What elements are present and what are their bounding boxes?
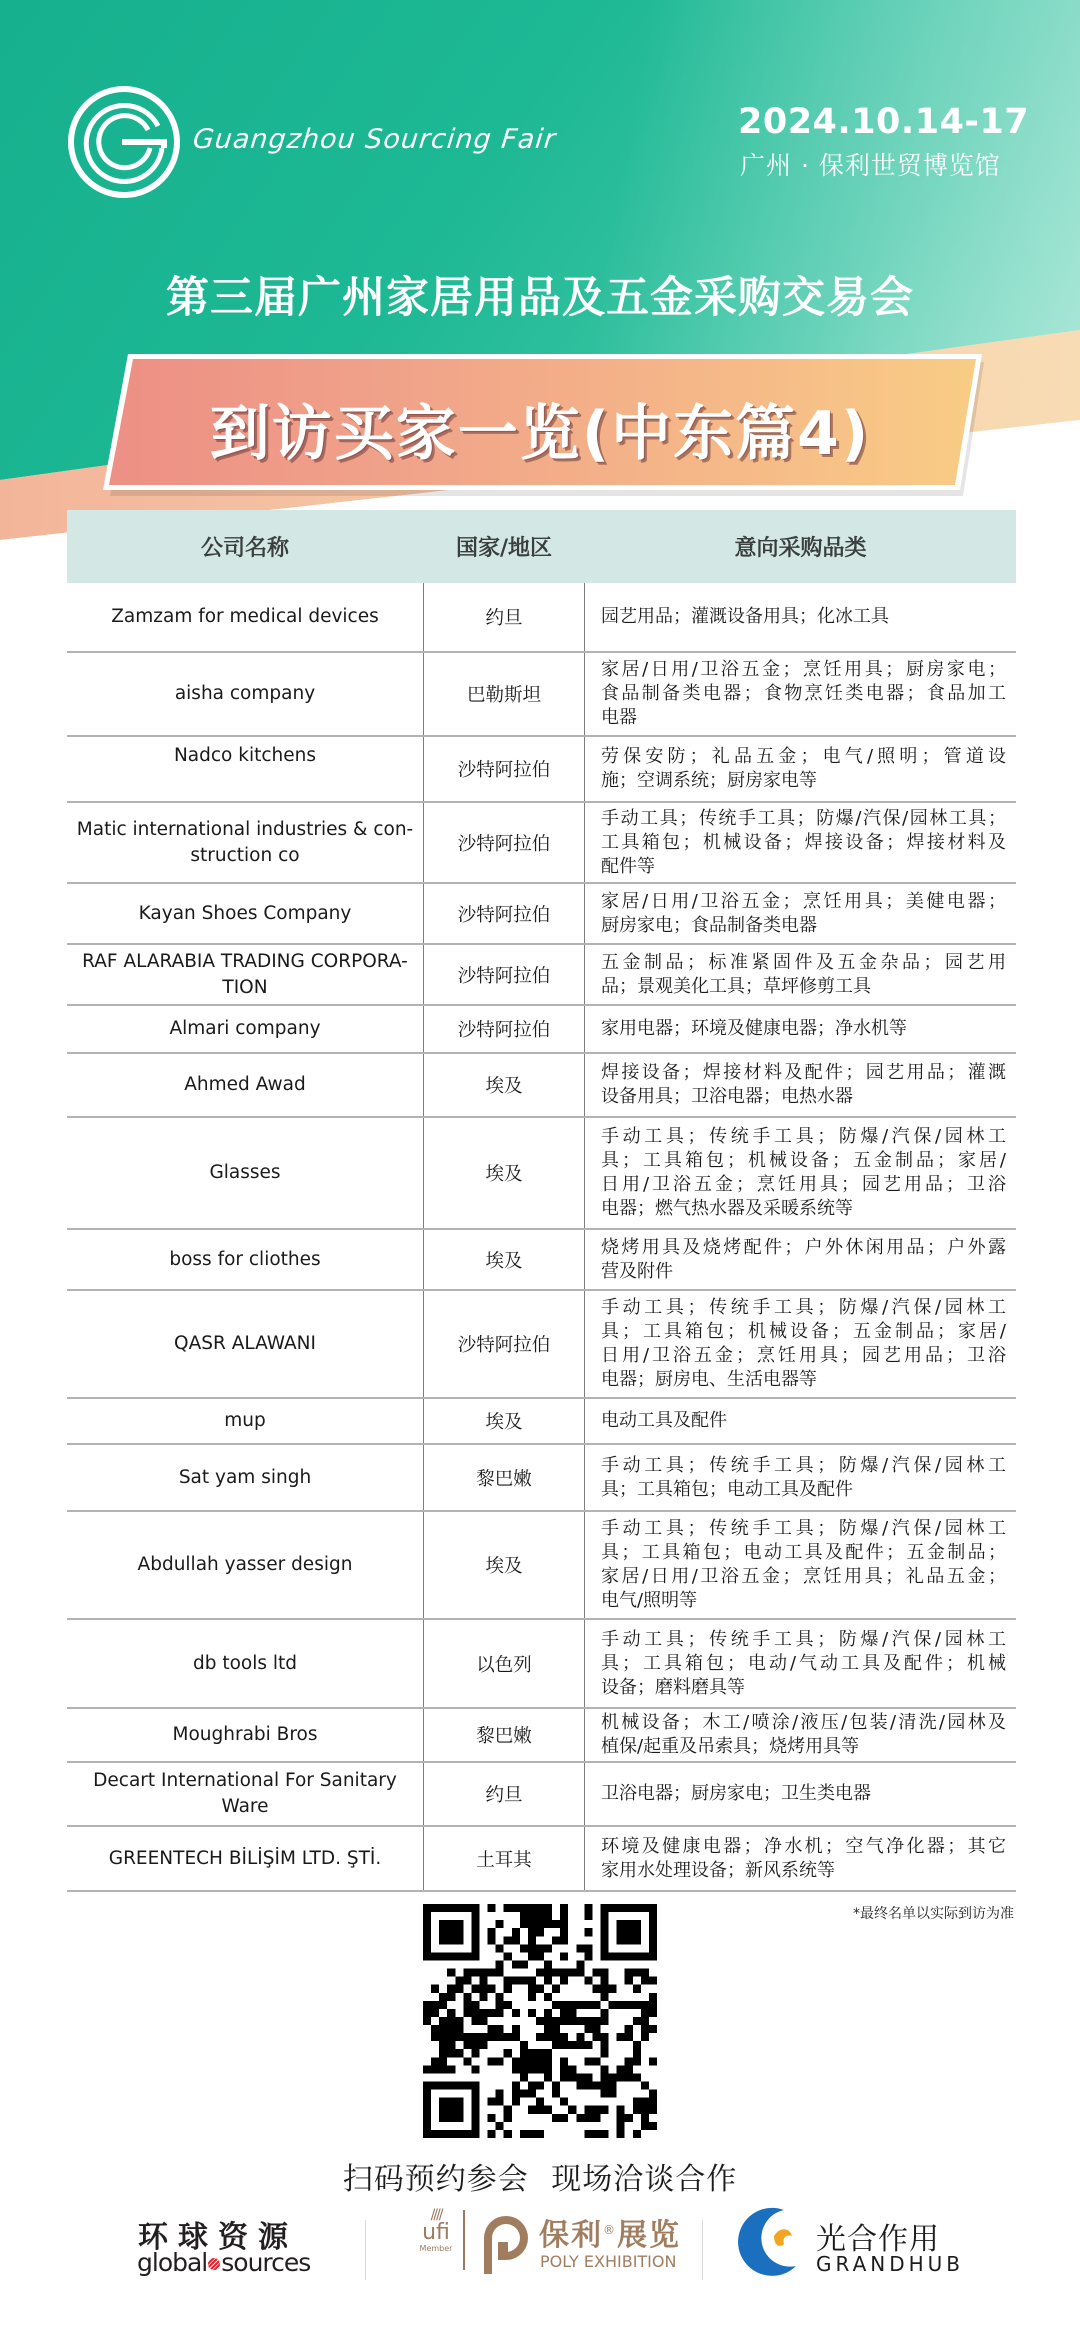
company-name-text: Kayan Shoes Company bbox=[139, 901, 352, 927]
category-line: 设备用具；卫浴电器；电热水器 bbox=[601, 1085, 1006, 1109]
category-line: 厨房家电；食品制备类电器 bbox=[601, 914, 1006, 938]
company-name-text: db tools ltd bbox=[193, 1651, 297, 1677]
category-line: 家居/日用/卫浴五金；烹饪用具；美健电器； bbox=[601, 890, 1006, 914]
category-line: 配件等 bbox=[601, 855, 1006, 879]
table-row: GREENTECH BİLİŞİM LTD. ŞTİ.土耳其环境及健康电器；净水… bbox=[67, 1827, 1016, 1892]
company-name-text: Ahmed Awad bbox=[184, 1072, 306, 1098]
company-name: mup bbox=[67, 1399, 423, 1443]
purchase-categories: 卫浴电器；厨房家电；卫生类电器 bbox=[585, 1763, 1016, 1825]
category-line: 营及附件 bbox=[601, 1260, 1006, 1284]
company-name: Abdullah yasser design bbox=[67, 1512, 423, 1618]
country: 沙特阿拉伯 bbox=[423, 803, 585, 882]
company-name: Zamzam for medical devices bbox=[67, 583, 423, 651]
category-line: 卫浴电器；厨房家电；卫生类电器 bbox=[601, 1782, 1006, 1806]
category-line: 电器；燃气热水器及采暖系统等 bbox=[601, 1197, 1006, 1221]
purchase-categories: 家用电器；环境及健康电器；净水机等 bbox=[585, 1006, 1016, 1052]
table-row: mup埃及电动工具及配件 bbox=[67, 1399, 1016, 1445]
company-name-line: TION bbox=[82, 975, 408, 1001]
guangzhou-sourcing-fair-logo-icon bbox=[66, 84, 182, 200]
table-row: Zamzam for medical devices约旦园艺用品；灌溉设备用具；… bbox=[67, 583, 1016, 653]
category-line: 手动工具；传统手工具；防爆/汽保/园林工 bbox=[601, 1628, 1006, 1652]
table-row: RAF ALARABIA TRADING CORPORA-TION沙特阿拉伯五金… bbox=[67, 945, 1016, 1006]
purchase-categories: 五金制品；标准紧固件及五金杂品；园艺用品；景观美化工具；草坪修剪工具 bbox=[585, 945, 1016, 1004]
company-name: GREENTECH BİLİŞİM LTD. ŞTİ. bbox=[67, 1827, 423, 1890]
country: 沙特阿拉伯 bbox=[423, 1006, 585, 1052]
purchase-categories: 手动工具；传统手工具；防爆/汽保/园林工具；工具箱包；机械设备；五金制品；家居/… bbox=[585, 1291, 1016, 1397]
category-line: 具；工具箱包；电动工具及配件；五金制品； bbox=[601, 1541, 1006, 1565]
poly-en: POLY EXHIBITION bbox=[540, 2252, 676, 2271]
country: 埃及 bbox=[423, 1118, 585, 1228]
table-row: Abdullah yasser design埃及手动工具；传统手工具；防爆/汽保… bbox=[67, 1512, 1016, 1620]
purchase-categories: 手动工具；传统手工具；防爆/汽保/园林工具；工具箱包；电动工具及配件；五金制品；… bbox=[585, 1512, 1016, 1618]
category-line: 电器；厨房电、生活电器等 bbox=[601, 1368, 1006, 1392]
category-line: 园艺用品；灌溉设备用具；化冰工具 bbox=[601, 605, 1006, 629]
category-line: 家居/日用/卫浴五金；烹饪用具；厨房家电； bbox=[601, 658, 1006, 682]
category-line: 电器 bbox=[601, 706, 1006, 730]
category-line: 手动工具；传统手工具；防爆/汽保/园林工 bbox=[601, 1125, 1006, 1149]
company-name: Almari company bbox=[67, 1006, 423, 1052]
company-name: QASR ALAWANI bbox=[67, 1291, 423, 1397]
table-header: 公司名称 国家/地区 意向采购品类 bbox=[67, 510, 1016, 583]
country: 巴勒斯坦 bbox=[423, 653, 585, 735]
footnote: *最终名单以实际到访为准 bbox=[853, 1903, 1014, 1923]
table-row: aisha company巴勒斯坦家居/日用/卫浴五金；烹饪用具；厨房家电；食品… bbox=[67, 653, 1016, 737]
country: 埃及 bbox=[423, 1054, 585, 1116]
purchase-categories: 手动工具；传统手工具；防爆/汽保/园林工具；工具箱包；电动/气动工具及配件；机械… bbox=[585, 1620, 1016, 1707]
grandhub-mark-icon bbox=[734, 2204, 808, 2280]
table-row: Kayan Shoes Company沙特阿拉伯家居/日用/卫浴五金；烹饪用具；… bbox=[67, 884, 1016, 945]
category-line: 植保/起重及吊索具；烧烤用具等 bbox=[601, 1735, 1006, 1759]
banner-title: 到访买家一览(中东篇4) bbox=[0, 386, 1080, 472]
category-line: 手动工具；传统手工具；防爆/汽保/园林工 bbox=[601, 1454, 1006, 1478]
category-line: 家用水处理设备；新风系统等 bbox=[601, 1859, 1006, 1883]
table-row: Nadco kitchens沙特阿拉伯劳保安防；礼品五金；电气/照明；管道设施；… bbox=[67, 737, 1016, 803]
category-line: 日用/卫浴五金；烹饪用具；园艺用品；卫浴 bbox=[601, 1173, 1006, 1197]
country: 黎巴嫩 bbox=[423, 1445, 585, 1510]
company-name: Kayan Shoes Company bbox=[67, 884, 423, 943]
company-name-text: mup bbox=[224, 1408, 266, 1434]
category-line: 具；工具箱包；机械设备；五金制品；家居/ bbox=[601, 1149, 1006, 1173]
country: 土耳其 bbox=[423, 1827, 585, 1890]
table-row: Decart International For SanitaryWare约旦卫… bbox=[67, 1763, 1016, 1827]
purchase-categories: 电动工具及配件 bbox=[585, 1399, 1016, 1443]
country: 沙特阿拉伯 bbox=[423, 884, 585, 943]
category-line: 烧烤用具及烧烤配件；户外休闲用品；户外露 bbox=[601, 1236, 1006, 1260]
company-name: Moughrabi Bros bbox=[67, 1709, 423, 1761]
purchase-categories: 焊接设备；焊接材料及配件；园艺用品；灌溉设备用具；卫浴电器；电热水器 bbox=[585, 1054, 1016, 1116]
purchase-categories: 家居/日用/卫浴五金；烹饪用具；厨房家电；食品制备类电器；食物烹饪类电器；食品加… bbox=[585, 653, 1016, 735]
category-line: 电气/照明等 bbox=[601, 1589, 1006, 1613]
table-row: Matic international industries & con-str… bbox=[67, 803, 1016, 884]
company-name: Matic international industries & con-str… bbox=[67, 803, 423, 882]
global-sources-dot-icon bbox=[208, 2258, 220, 2270]
company-name: boss for cliothes bbox=[67, 1230, 423, 1289]
country: 沙特阿拉伯 bbox=[423, 1291, 585, 1397]
table-row: Ahmed Awad埃及焊接设备；焊接材料及配件；园艺用品；灌溉设备用具；卫浴电… bbox=[67, 1054, 1016, 1118]
purchase-categories: 手动工具；传统手工具；防爆/汽保/园林工具；工具箱包；电动工具及配件 bbox=[585, 1445, 1016, 1510]
company-name: Glasses bbox=[67, 1118, 423, 1228]
table-row: Moughrabi Bros黎巴嫩机械设备；木工/喷涂/液压/包装/清洗/园林及… bbox=[67, 1709, 1016, 1763]
ufi-member-text: Member bbox=[412, 2244, 460, 2254]
country: 沙特阿拉伯 bbox=[423, 945, 585, 1004]
category-line: 五金制品；标准紧固件及五金杂品；园艺用 bbox=[601, 951, 1006, 975]
table-body: Zamzam for medical devices约旦园艺用品；灌溉设备用具；… bbox=[67, 583, 1016, 1892]
company-name: db tools ltd bbox=[67, 1620, 423, 1707]
country: 埃及 bbox=[423, 1399, 585, 1443]
country: 黎巴嫩 bbox=[423, 1709, 585, 1761]
country: 沙特阿拉伯 bbox=[423, 737, 585, 801]
country: 埃及 bbox=[423, 1230, 585, 1289]
purchase-categories: 环境及健康电器；净水机；空气净化器；其它家用水处理设备；新风系统等 bbox=[585, 1827, 1016, 1890]
company-name: Decart International For SanitaryWare bbox=[67, 1763, 423, 1825]
global-sources-en-right: sources bbox=[221, 2248, 310, 2277]
logo-divider bbox=[702, 2220, 703, 2280]
purchase-categories: 手动工具；传统手工具；防爆/汽保/园林工具；工具箱包；机械设备；五金制品；家居/… bbox=[585, 1118, 1016, 1228]
tagline: 扫码预约参会 现场洽谈合作 bbox=[0, 2154, 1080, 2198]
qr-code-icon[interactable] bbox=[423, 1904, 657, 2138]
category-line: 电动工具及配件 bbox=[601, 1409, 1006, 1433]
category-line: 设备；磨料磨具等 bbox=[601, 1676, 1006, 1700]
partner-logos: 环球资源 globalsources //// ufi Member 保利®展览… bbox=[0, 2200, 1080, 2290]
poly-cn: 保利®展览 bbox=[539, 2210, 681, 2254]
company-name: Sat yam singh bbox=[67, 1445, 423, 1510]
company-name-text: Sat yam singh bbox=[179, 1465, 311, 1491]
company-name-line: RAF ALARABIA TRADING CORPORA- bbox=[82, 949, 408, 975]
purchase-categories: 家居/日用/卫浴五金；烹饪用具；美健电器；厨房家电；食品制备类电器 bbox=[585, 884, 1016, 943]
category-line: 日用/卫浴五金；烹饪用具；园艺用品；卫浴 bbox=[601, 1344, 1006, 1368]
company-name-text: Moughrabi Bros bbox=[172, 1722, 317, 1748]
company-name-line: Matic international industries & con- bbox=[77, 817, 413, 843]
grandhub-en: GRANDHUB bbox=[816, 2252, 964, 2276]
category-line: 家用电器；环境及健康电器；净水机等 bbox=[601, 1017, 1006, 1041]
country: 以色列 bbox=[423, 1620, 585, 1707]
table-row: Sat yam singh黎巴嫩手动工具；传统手工具；防爆/汽保/园林工具；工具… bbox=[67, 1445, 1016, 1512]
category-line: 劳保安防；礼品五金；电气/照明；管道设 bbox=[601, 745, 1006, 769]
logo-divider bbox=[365, 2220, 366, 2280]
category-line: 施；空调系统；厨房家电等 bbox=[601, 769, 1006, 793]
global-sources-en-left: global bbox=[137, 2248, 207, 2277]
poly-exhibition-mark-icon bbox=[478, 2212, 530, 2274]
company-name-line: Ware bbox=[93, 1794, 397, 1820]
company-name-text: boss for cliothes bbox=[169, 1247, 320, 1273]
purchase-categories: 手动工具；传统手工具；防爆/汽保/园林工具；工具箱包；机械设备；焊接设备；焊接材… bbox=[585, 803, 1016, 882]
logo-text: Guangzhou Sourcing Fair bbox=[191, 124, 557, 155]
registered-mark: ® bbox=[603, 2223, 617, 2237]
company-name-text: Zamzam for medical devices bbox=[111, 604, 379, 630]
company-name-line: struction co bbox=[77, 843, 413, 869]
company-name-line: Decart International For Sanitary bbox=[93, 1768, 397, 1794]
ufi-member-logo: //// ufi Member bbox=[412, 2208, 460, 2254]
header-company: 公司名称 bbox=[67, 531, 423, 562]
company-name-text: Nadco kitchens bbox=[174, 743, 316, 769]
category-line: 食品制备类电器；食物烹饪类电器；食品加工 bbox=[601, 682, 1006, 706]
category-line: 机械设备；木工/喷涂/液压/包装/清洗/园林及 bbox=[601, 1711, 1006, 1735]
country: 约旦 bbox=[423, 583, 585, 651]
company-name: Ahmed Awad bbox=[67, 1054, 423, 1116]
table-row: boss for cliothes埃及烧烤用具及烧烤配件；户外休闲用品；户外露营… bbox=[67, 1230, 1016, 1291]
table-row: Almari company沙特阿拉伯家用电器；环境及健康电器；净水机等 bbox=[67, 1006, 1016, 1054]
company-name: aisha company bbox=[67, 653, 423, 735]
category-line: 环境及健康电器；净水机；空气净化器；其它 bbox=[601, 1835, 1006, 1859]
category-line: 工具箱包；机械设备；焊接设备；焊接材料及 bbox=[601, 831, 1006, 855]
event-venue: 广州 · 保利世贸博览馆 bbox=[740, 146, 1001, 182]
category-line: 家居/日用/卫浴五金；烹饪用具；礼品五金； bbox=[601, 1565, 1006, 1589]
purchase-categories: 机械设备；木工/喷涂/液压/包装/清洗/园林及植保/起重及吊索具；烧烤用具等 bbox=[585, 1709, 1016, 1761]
table-row: Glasses埃及手动工具；传统手工具；防爆/汽保/园林工具；工具箱包；机械设备… bbox=[67, 1118, 1016, 1230]
company-name: Nadco kitchens bbox=[67, 737, 423, 801]
purchase-categories: 劳保安防；礼品五金；电气/照明；管道设施；空调系统；厨房家电等 bbox=[585, 737, 1016, 801]
country: 约旦 bbox=[423, 1763, 585, 1825]
poly-cn-1: 保利 bbox=[539, 2218, 603, 2253]
category-line: 手动工具；传统手工具；防爆/汽保/园林工 bbox=[601, 1517, 1006, 1541]
global-sources-en: globalsources bbox=[137, 2248, 310, 2277]
country: 埃及 bbox=[423, 1512, 585, 1618]
company-name-text: Abdullah yasser design bbox=[138, 1552, 353, 1578]
buyers-table: 公司名称 国家/地区 意向采购品类 Zamzam for medical dev… bbox=[67, 510, 1016, 1892]
category-line: 具；工具箱包；电动/气动工具及配件；机械 bbox=[601, 1652, 1006, 1676]
company-name-text: GREENTECH BİLİŞİM LTD. ŞTİ. bbox=[109, 1846, 382, 1872]
ufi-text: ufi bbox=[412, 2222, 460, 2244]
poly-cn-2: 展览 bbox=[617, 2218, 681, 2253]
category-line: 具；工具箱包；电动工具及配件 bbox=[601, 1478, 1006, 1502]
category-line: 具；工具箱包；机械设备；五金制品；家居/ bbox=[601, 1320, 1006, 1344]
table-row: QASR ALAWANI沙特阿拉伯手动工具；传统手工具；防爆/汽保/园林工具；工… bbox=[67, 1291, 1016, 1399]
category-line: 品；景观美化工具；草坪修剪工具 bbox=[601, 975, 1006, 999]
event-date: 2024.10.14-17 bbox=[738, 102, 1010, 142]
purchase-categories: 园艺用品；灌溉设备用具；化冰工具 bbox=[585, 583, 1016, 651]
company-name-text: Glasses bbox=[209, 1160, 280, 1186]
category-line: 焊接设备；焊接材料及配件；园艺用品；灌溉 bbox=[601, 1061, 1006, 1085]
header-country: 国家/地区 bbox=[423, 531, 585, 562]
category-line: 手动工具；传统手工具；防爆/汽保/园林工具； bbox=[601, 807, 1006, 831]
company-name: RAF ALARABIA TRADING CORPORA-TION bbox=[67, 945, 423, 1004]
purchase-categories: 烧烤用具及烧烤配件；户外休闲用品；户外露营及附件 bbox=[585, 1230, 1016, 1289]
company-name-text: Almari company bbox=[169, 1016, 320, 1042]
table-row: db tools ltd以色列手动工具；传统手工具；防爆/汽保/园林工具；工具箱… bbox=[67, 1620, 1016, 1709]
company-name-text: QASR ALAWANI bbox=[174, 1331, 316, 1357]
event-subtitle: 第三届广州家居用品及五金采购交易会 bbox=[0, 264, 1080, 325]
company-name-text: aisha company bbox=[175, 681, 315, 707]
ufi-separator bbox=[463, 2210, 465, 2270]
header-categories: 意向采购品类 bbox=[585, 531, 1016, 562]
category-line: 手动工具；传统手工具；防爆/汽保/园林工 bbox=[601, 1296, 1006, 1320]
